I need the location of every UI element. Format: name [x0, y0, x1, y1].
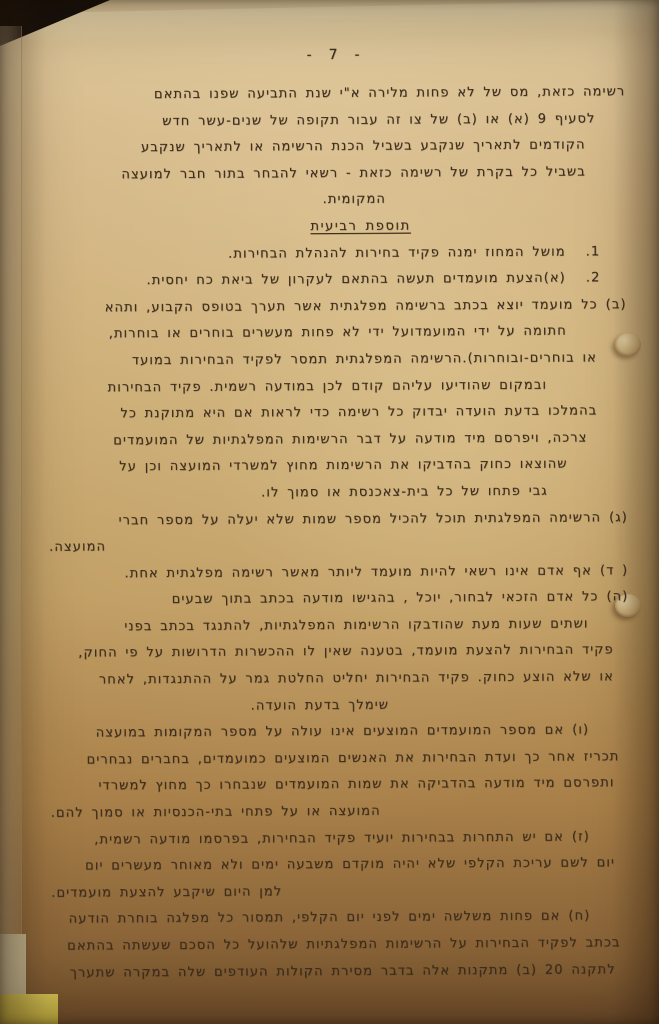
- text-line: שהוצאו כחוק בהדביקו את הרשימות מחוץ למשר…: [39, 452, 628, 482]
- section-label: (ג): [609, 505, 628, 532]
- text-line: או בוחרים-ובוחרות).הרשימה המפלגתית תמסר …: [38, 345, 627, 375]
- text-line: רשימה כזאת, מס של לא פחות מלירה א"י שנת …: [36, 79, 625, 109]
- text-line: הרשימה המפלגתית תוכל להכיל מספר שמות שלא…: [119, 510, 602, 528]
- document-body: - 7 - רשימה כזאת, מס של לא פחות מלירה א"…: [36, 40, 631, 987]
- text-line: גבי פתחו של כל בית-צאכנסת או סמוך לו.: [39, 478, 628, 508]
- text-line: בהמלכו בדעת הועדה יבדוק כל רשימה כדי לרא…: [38, 398, 627, 428]
- underlying-page-strip: [0, 934, 26, 998]
- item-number: 1.: [586, 239, 601, 266]
- text-line: ובמקום שהודיעו עליהם קודם לכן במודעה רשמ…: [38, 372, 627, 402]
- text-line: פקיד הבחירות להצעת מועמד, בטענה שאין לו …: [40, 638, 629, 668]
- item-text: (א)הצעת מועמדים תעשה בהתאם לעקרון של ביא…: [146, 271, 565, 289]
- numbered-item: 1.מושל המחוז ימנה פקיד בחירות להנהלת הבח…: [37, 239, 626, 269]
- section-first-line: (ה)כל אדם הזכאי לבחור, יוכל , בהגישו מוד…: [39, 584, 628, 614]
- numbered-item: 2.(א)הצעת מועמדים תעשה בהתאם לעקרון של ב…: [37, 265, 626, 295]
- text-line: המועצה או על פתחי בתי-הכנסיות או סמוך לה…: [41, 797, 630, 827]
- text-line: המקומית.: [37, 186, 626, 216]
- text-line: או שלא הוצע כחוק. פקיד הבחירות יחליט החל…: [40, 664, 629, 694]
- underlying-page-edge: [0, 26, 22, 998]
- text-line: בכתב לפקיד הבחירות על הרשימות המפלגתיות …: [41, 930, 630, 960]
- text-line: בשביל כל בקרת של רשימה כזאת - רשאי להבחר…: [37, 159, 626, 189]
- section-label: (ה): [606, 584, 628, 611]
- text-line: לסעיף 9 (א) או (ב) של צו זה עבור תקופה ש…: [36, 106, 625, 136]
- section-first-line: (ח)אם פחות משלשה ימים לפני יום הקלפי, תמ…: [41, 904, 630, 934]
- item-text: מושל המחוז ימנה פקיד בחירות להנהלת הבחיר…: [228, 244, 566, 261]
- section-first-line: (ב)כל מועמד יוצא בכתב ברשימה מפלגתית אשר…: [38, 292, 627, 322]
- section-label: ( ד): [600, 558, 628, 585]
- text-line: אף אדם אינו רשאי להיות מועמד ליותר מאשר …: [124, 563, 592, 581]
- text-line: ותפרסם מיד מודעה בהדביקה את שמות המועמדי…: [40, 771, 629, 801]
- text-line: אם יש התחרות בבחירות יועיד פקיד הבחירות,…: [94, 829, 564, 847]
- page-number: - 7 -: [36, 40, 625, 71]
- text-line: למן היום שיקבע להצעת מועמדים.: [41, 877, 630, 907]
- section-label: (ז): [572, 824, 590, 851]
- paper-sheet: - 7 - רשימה כזאת, מס של לא פחות מלירה א"…: [0, 0, 659, 1024]
- item-number: 2.: [586, 266, 601, 293]
- text-line: ושתים שעות מעת שהודבקו הרשימות המפלגתיות…: [39, 611, 628, 641]
- paper-top-edge: [0, 0, 659, 44]
- section-first-line: (ו)אם מספר המועמדים המוצעים אינו עולה על…: [40, 717, 629, 747]
- text-line: כל מועמד יוצא בכתב ברשימה מפלגתית אשר תע…: [105, 297, 598, 315]
- underlying-page-corner: [0, 994, 58, 1024]
- section-label: (ו): [572, 718, 589, 745]
- section-first-line: (ג)הרשימה המפלגתית תוכל להכיל מספר שמות …: [39, 505, 628, 535]
- text-line: אם פחות משלשה ימים לפני יום הקלפי, תמסור…: [69, 909, 561, 927]
- text-line: צרכה, ויפרסם מיד מודעה על דבר הרשימות המ…: [38, 425, 627, 455]
- section-label: (ב): [606, 292, 627, 319]
- section-first-line: ( ד)אף אדם אינו רשאי להיות מועמד ליותר מ…: [39, 558, 628, 588]
- section-label: (ח): [568, 904, 590, 931]
- text-line: אם מספר המועמדים המוצעים אינו עולה על מס…: [96, 723, 565, 741]
- text-line: חתומה על ידי המועמדועל ידי לא פחות מעשרי…: [38, 319, 627, 349]
- text-line: שימלך בדעת הועדה.: [40, 691, 629, 721]
- text-line: לתקנה 20 (ב) מתקנות אלה בדבר מסירת הקולו…: [42, 957, 631, 987]
- text-line: יום לשם עריכת הקלפי שלא יהיה מוקדם משבעה…: [41, 850, 630, 880]
- text-line: הקודמים לתאריך שנקבע בשביל הכנת הרשימה א…: [37, 132, 626, 162]
- text-line: כל אדם הזכאי לבחור, יוכל , בהגישו מודעה …: [172, 590, 599, 608]
- section-first-line: (ז)אם יש התחרות בבחירות יועיד פקיד הבחיר…: [41, 824, 630, 854]
- scanned-photo: - 7 - רשימה כזאת, מס של לא פחות מלירה א"…: [0, 0, 659, 1024]
- heading-row: תוספת רביעית: [37, 212, 626, 242]
- text-line: תכריז אחר כך ועדת הבחירות את האנשים המוצ…: [40, 744, 629, 774]
- text-line: המועצה.: [39, 531, 628, 561]
- section-heading: תוספת רביעית: [310, 218, 410, 234]
